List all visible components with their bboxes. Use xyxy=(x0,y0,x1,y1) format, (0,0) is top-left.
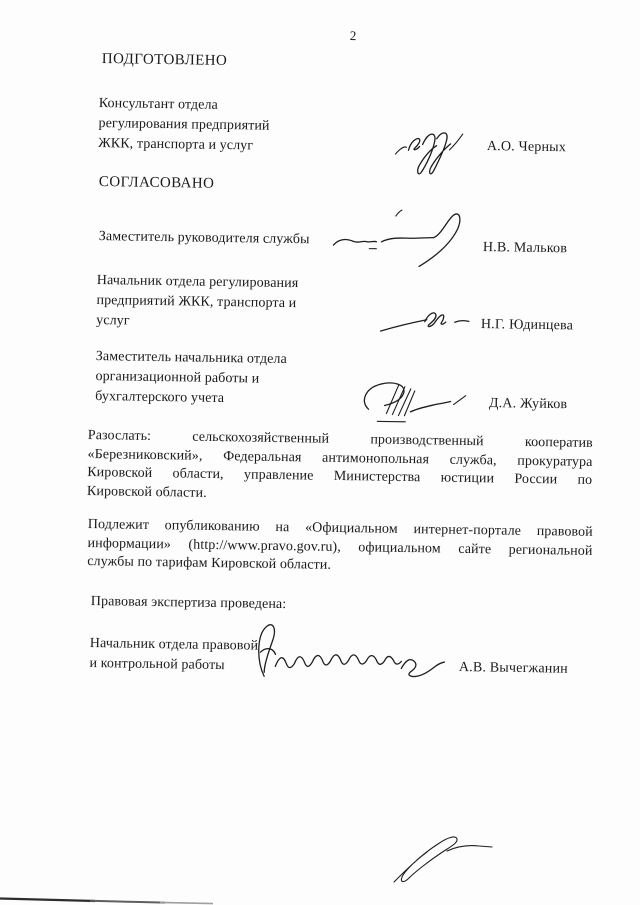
signature-zhuikov-icon xyxy=(355,376,474,428)
signoff-name-vychegzhanin: А.В. Вычегжанин xyxy=(459,660,568,678)
signoff-role-zhuikov: Заместитель начальника отдела организаци… xyxy=(95,347,287,410)
scan-edge-line xyxy=(0,892,215,905)
signoff-role-vychegzhanin: Начальник отдела правовой и контрольной … xyxy=(89,634,258,677)
agreed-heading: СОГЛАСОВАНО xyxy=(99,174,215,193)
prepared-heading: ПОДГОТОВЛЕНО xyxy=(102,51,228,70)
signoff-role-malkov: Заместитель руководителя службы xyxy=(99,227,310,250)
signoff-role-yudintseva: Начальник отдела регулирования предприят… xyxy=(96,271,298,334)
page-number: 2 xyxy=(350,28,357,44)
signature-chernykh-icon xyxy=(391,118,472,181)
stray-signature-icon xyxy=(384,826,504,888)
signoff-name-malkov: Н.В. Мальков xyxy=(483,240,567,257)
signoff-name-yudintseva: Н.Г. Юдинцева xyxy=(481,317,573,334)
legal-review-heading: Правовая экспертиза проведена: xyxy=(91,592,287,615)
signoff-role-chernykh: Консультант отдела регулирования предпри… xyxy=(98,94,270,157)
publication-paragraph: Подлежит опубликованию на «Официальном и… xyxy=(87,516,593,580)
signoff-name-zhuikov: Д.А. Жуйков xyxy=(489,396,568,413)
document-page: { "page_number": "2", "colors": { "ink":… xyxy=(0,0,640,905)
signature-yudintseva-icon xyxy=(378,307,474,339)
signature-malkov-icon xyxy=(329,205,482,271)
signoff-name-chernykh: А.О. Черных xyxy=(487,139,566,156)
signature-vychegzhanin-icon xyxy=(249,620,450,685)
distribution-paragraph: Разослать: сельскохозяйственный производ… xyxy=(87,427,593,509)
